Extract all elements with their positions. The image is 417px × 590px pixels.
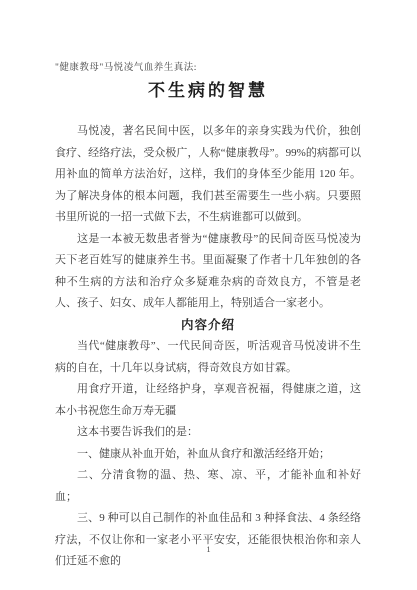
document-title: 不生病的智慧 <box>55 79 361 103</box>
list-item-paragraph: 一、健康从补血开始，补血从食疗和激活经络开始； <box>55 444 361 466</box>
list-item-paragraph: 二、分清食物的温、热、寒、凉、平，才能补血和补好血； <box>55 465 361 508</box>
section-paragraph: 这本书要告诉我们的是： <box>55 422 361 444</box>
document-body: 马悦凌，著名民间中医，以多年的亲身实践为代价，独创食疗、经络疗法，受众极广，人称… <box>55 121 361 573</box>
section-heading: 内容介绍 <box>55 315 361 337</box>
section-paragraph: 当代“健康教母”、一代民间奇医，听活观音马悦凌讲不生病的自在，十几年以身试病，得… <box>55 336 361 379</box>
page-number: 1 <box>0 544 417 554</box>
document-subtitle: "健康教母"马悦凌气血养生真法: <box>55 62 361 75</box>
section-paragraph: 用食疗开道，让经络护身，享观音祝福，得健康之道，这本小书祝您生命万寿无疆 <box>55 379 361 422</box>
list-item-paragraph: 三、9 种可以自己制作的补血佳品和 3 种择食法、4 条经络疗法，不仅让你和一家… <box>55 508 361 573</box>
intro-paragraph: 马悦凌，著名民间中医，以多年的亲身实践为代价，独创食疗、经络疗法，受众极广，人称… <box>55 121 361 229</box>
document-page: "健康教母"马悦凌气血养生真法: 不生病的智慧 马悦凌，著名民间中医，以多年的亲… <box>0 0 417 590</box>
intro-paragraph: 这是一本被无数患者誉为“健康教母”的民间奇医马悦凌为天下老百姓写的健康养生书。里… <box>55 229 361 315</box>
